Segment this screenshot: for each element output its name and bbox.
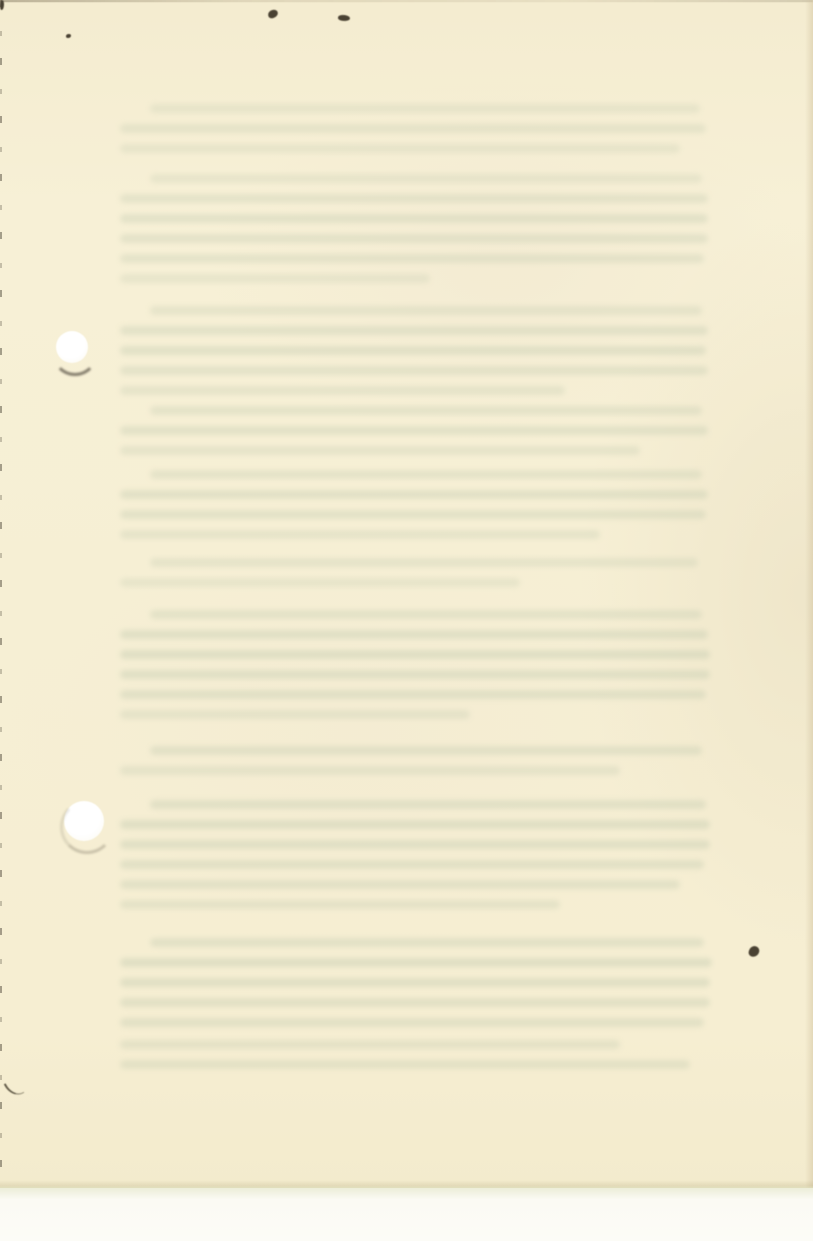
pen-mark	[4, 1078, 24, 1100]
ghost-text-line	[150, 800, 706, 809]
page-left-edge-shadow	[0, 0, 2, 1188]
ghost-text-line	[120, 766, 620, 775]
dust-speck	[0, 0, 4, 10]
scanner-background-strip	[0, 1188, 813, 1241]
ghost-text-line	[120, 1040, 620, 1049]
ghost-text-line	[120, 194, 708, 203]
ghost-text-line	[120, 958, 712, 967]
dust-speck	[338, 14, 351, 22]
scanned-page	[0, 0, 813, 1188]
ghost-text-line	[120, 670, 710, 679]
hole-punch-shadow	[60, 800, 114, 854]
ghost-text-line	[150, 104, 700, 113]
ghost-text-line	[150, 470, 702, 479]
ghost-text-line	[120, 326, 708, 335]
scan-viewport	[0, 0, 813, 1241]
ghost-text-line	[120, 214, 708, 223]
ghost-text-line	[120, 710, 470, 719]
ghost-text-line	[120, 510, 706, 519]
ghost-text-line	[150, 558, 698, 567]
ghost-text-line	[120, 530, 600, 539]
hole-punch-shadow	[52, 330, 98, 376]
ghost-text-line	[120, 144, 680, 153]
ghost-text-line	[120, 690, 706, 699]
ghost-text-line	[120, 820, 710, 829]
ghost-text-line	[120, 446, 640, 455]
ghost-text-line	[150, 746, 702, 755]
ghost-text-line	[120, 880, 680, 889]
ghost-text-line	[120, 578, 520, 587]
ghost-text-line	[120, 386, 565, 395]
ghost-text-line	[120, 978, 710, 987]
ghost-text-line	[120, 860, 704, 869]
ghost-text-line	[150, 406, 702, 415]
ghost-text-line	[120, 840, 710, 849]
ghost-text-line	[120, 366, 708, 375]
ghost-text-line	[150, 610, 702, 619]
dust-speck	[66, 34, 71, 38]
ghost-text-line	[120, 124, 706, 133]
ghost-text-line	[120, 426, 708, 435]
ghost-text-line	[150, 938, 704, 947]
ghost-text-line	[150, 306, 702, 315]
ghost-text-line	[150, 174, 702, 183]
ghost-text-line	[120, 346, 706, 355]
page-top-edge-shadow	[0, 0, 813, 2]
ghost-text-line	[120, 274, 430, 283]
dust-speck	[267, 9, 279, 19]
ghost-text-line	[120, 490, 708, 499]
page-right-edge-shadow	[805, 0, 813, 1188]
ghost-text-line	[120, 900, 560, 909]
ghost-text-line	[120, 650, 710, 659]
ghost-text-line	[120, 630, 708, 639]
page-bottom-edge-shadow	[0, 1180, 813, 1188]
ghost-text-line	[120, 254, 704, 263]
ghost-text-line	[120, 234, 708, 243]
ghost-text-line	[120, 998, 710, 1007]
dust-speck	[747, 945, 760, 959]
ghost-text-line	[120, 1018, 704, 1027]
ghost-text-line	[120, 1060, 690, 1069]
